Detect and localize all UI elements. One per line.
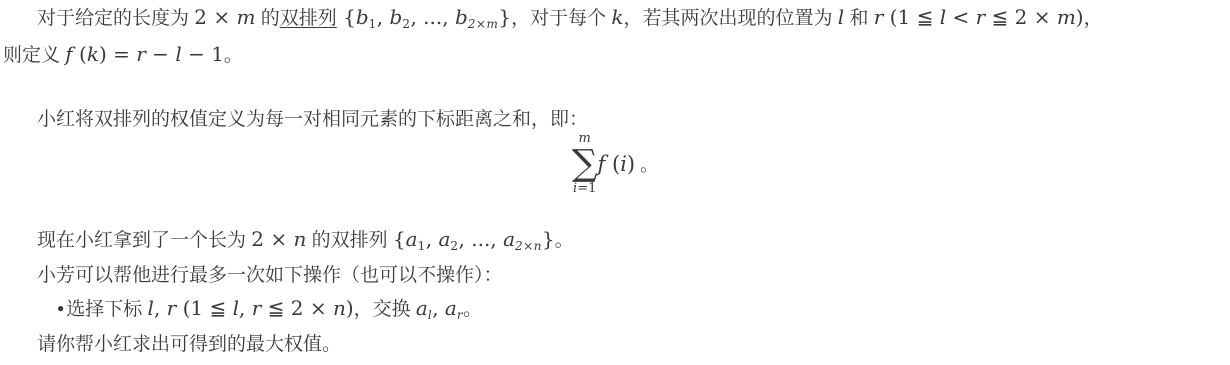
text-segment-mn: ) xyxy=(346,296,354,320)
text-segment-mi: b xyxy=(455,5,468,29)
text-segment-cn: 。 xyxy=(463,299,482,320)
text-segment-mn: { xyxy=(393,227,406,251)
summation-symbol: m∑i=1 xyxy=(572,131,598,197)
problem-line-6-bullet: ●选择下标 l, r (1 ≦ l, r ≦ 2 × n)，交换 al, ar。 xyxy=(0,292,1230,328)
text-segment-sub: 2 xyxy=(450,239,458,253)
problem-line-7: 请你帮小红求出可得到的最大权值。 xyxy=(0,328,1230,361)
bullet-icon: ● xyxy=(57,301,64,315)
variable-i: i xyxy=(620,152,627,176)
sum-index-start: =1 xyxy=(577,181,596,196)
text-segment-mi: r xyxy=(976,5,986,29)
text-segment-mn: (1 ≦ xyxy=(883,5,939,29)
text-segment-mn: < xyxy=(946,5,975,29)
text-segment-subi: l xyxy=(428,308,432,322)
text-segment-cn: 选择下标 xyxy=(66,299,147,320)
text-segment-sub: 2 xyxy=(402,17,410,31)
text-segment-cn: ，对于每个 xyxy=(511,8,611,29)
text-segment-mi: b xyxy=(356,5,369,29)
text-segment-cn: 的 xyxy=(255,8,279,29)
problem-line-2: 则定义 f (k) = r − l − 1。 xyxy=(0,37,1230,73)
problem-line-1: 对于给定的长度为 2 × m 的双排列 {b1, b2, ..., b2×m}，… xyxy=(0,0,1230,37)
formula-function-term: f (i) 。 xyxy=(598,155,659,176)
text-segment-mi: a xyxy=(438,227,450,251)
text-segment-mn: , ..., xyxy=(459,227,504,251)
text-segment-mn: ( xyxy=(73,42,87,66)
text-segment-mn: , xyxy=(377,5,390,29)
text-segment-mn: ≦ 2 × xyxy=(985,5,1057,29)
text-segment-subm: 2×n xyxy=(515,239,542,253)
weight-formula: m∑i=1f (i) 。 xyxy=(0,131,1230,197)
text-segment-mi: n xyxy=(293,227,306,251)
problem-statement: 对于给定的长度为 2 × m 的双排列 {b1, b2, ..., b2×m}，… xyxy=(0,0,1230,365)
text-segment-mn: (1 ≦ xyxy=(176,296,232,320)
text-segment-mi: r xyxy=(252,296,262,320)
text-segment-mi: m xyxy=(1057,5,1076,29)
text-segment-mi: a xyxy=(406,227,418,251)
text-segment-cn: 对于给定的长度为 xyxy=(37,8,194,29)
text-segment-mi: k xyxy=(87,42,99,66)
text-segment-mn: − 1 xyxy=(182,42,224,66)
text-segment-mi: n xyxy=(333,296,346,320)
text-segment-mi: r xyxy=(136,42,146,66)
text-segment-mn: } xyxy=(542,227,555,251)
text-segment-mn: { xyxy=(337,5,356,29)
text-segment-mn: , xyxy=(154,296,167,320)
text-segment-cn: ， xyxy=(1084,8,1103,29)
text-segment-cn: 小红将双排列的权值定义为每一对相同元素的下标距离之和，即： xyxy=(37,109,588,130)
text-segment-cn: 的双排列 xyxy=(306,230,393,251)
text-segment-mi: m xyxy=(236,5,255,29)
text-segment-mn: − xyxy=(146,42,175,66)
text-segment-mi: f xyxy=(65,42,72,66)
text-segment-mn: , xyxy=(432,296,445,320)
text-segment-mi: a xyxy=(503,227,515,251)
sum-lower-limit: i=1 xyxy=(573,181,596,197)
paragraph-definition: 对于给定的长度为 2 × m 的双排列 {b1, b2, ..., b2×m}，… xyxy=(0,0,1230,73)
problem-line-5: 小芳可以帮他进行最多一次如下操作（也可以不操作）： xyxy=(0,259,1230,292)
text-segment-cn: 现在小红拿到了一个长为 xyxy=(37,230,251,251)
text-segment-mn: 2 × xyxy=(194,5,236,29)
text-segment-mn: , xyxy=(426,227,439,251)
open-paren: ( xyxy=(605,152,620,176)
paragraph-task: 现在小红拿到了一个长为 2 × n 的双排列 {a1, a2, ..., a2×… xyxy=(0,223,1230,361)
close-paren: ) xyxy=(627,152,635,176)
text-segment-mi: r xyxy=(874,5,884,29)
text-segment-mn: , xyxy=(239,296,252,320)
formula-period: 。 xyxy=(635,155,658,175)
text-segment-cn: 和 xyxy=(844,8,874,29)
text-segment-mn: } xyxy=(498,5,511,29)
text-segment-mi: a xyxy=(416,296,428,320)
text-segment-cn: 小芳可以帮他进行最多一次如下操作（也可以不操作）： xyxy=(37,265,503,286)
text-segment-mn: ≦ 2 × xyxy=(261,296,333,320)
text-segment-mn: ) = xyxy=(99,42,136,66)
text-segment-cn: ，交换 xyxy=(354,299,416,320)
text-segment-cn: 。 xyxy=(224,45,243,66)
problem-line-4: 现在小红拿到了一个长为 2 × n 的双排列 {a1, a2, ..., a2×… xyxy=(0,223,1230,259)
text-segment-cn: ，若其两次出现的位置为 xyxy=(624,8,838,29)
text-segment-subi: r xyxy=(457,308,463,322)
text-segment-cn: 则定义 xyxy=(3,45,65,66)
text-segment-mn: , ..., xyxy=(410,5,455,29)
text-segment-mn: 2 × xyxy=(251,227,293,251)
text-segment-subm: 2×m xyxy=(468,17,499,31)
text-segment-mn: ) xyxy=(1076,5,1084,29)
text-segment-mi: a xyxy=(445,296,457,320)
text-segment-mi: b xyxy=(390,5,403,29)
sigma-icon: ∑ xyxy=(572,147,598,181)
text-segment-sub: 1 xyxy=(369,17,377,31)
text-segment-mi: k xyxy=(611,5,623,29)
underlined-term: 双排列 xyxy=(280,8,337,29)
text-segment-sub: 1 xyxy=(418,239,426,253)
text-segment-cn: 。 xyxy=(555,230,574,251)
text-segment-cn: 请你帮小红求出可得到的最大权值。 xyxy=(37,334,341,355)
text-segment-mi: r xyxy=(167,296,177,320)
